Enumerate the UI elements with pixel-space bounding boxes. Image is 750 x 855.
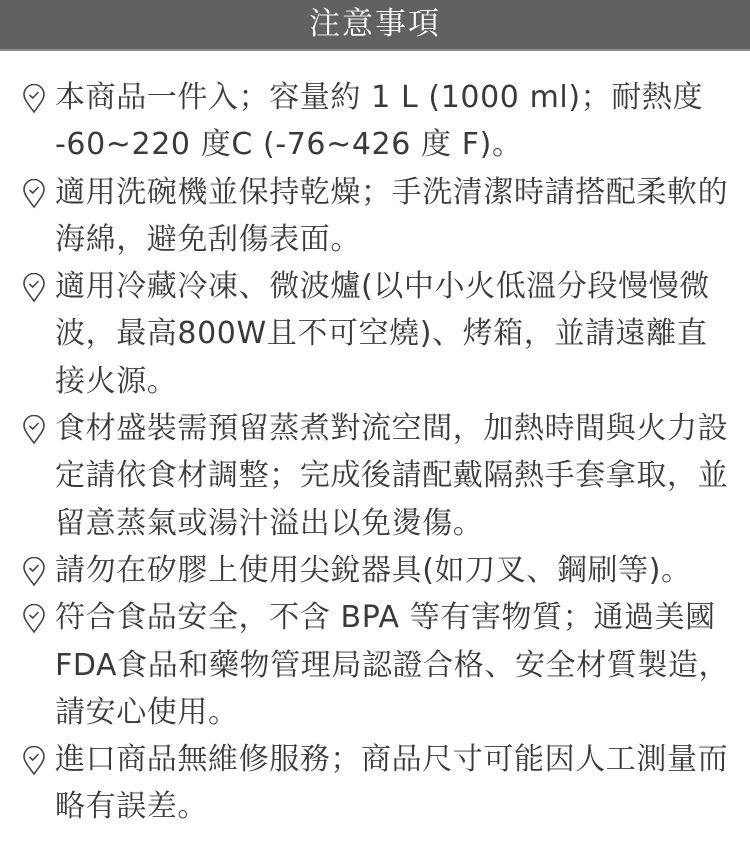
pin-check-icon: [22, 604, 46, 634]
pin-check-icon: [22, 273, 46, 303]
note-text: 適用冷藏冷凍、微波爐(以中小火低溫分段慢慢微波，最高800W且不可空燒)、烤箱，…: [55, 263, 732, 405]
note-text: 進口商品無維修服務；商品尺寸可能因人工測量而略有誤差。: [55, 736, 732, 831]
pin-check-icon: [22, 179, 46, 209]
list-item: 食材盛裝需預留蒸煮對流空間，加熱時間與火力設定請依食材調整；完成後請配戴隔熱手套…: [0, 405, 750, 547]
list-item: 本商品一件入；容量約 1 L (1000 ml)；耐熱度 -60~220 度C …: [0, 74, 750, 169]
pin-check-icon: [22, 746, 46, 776]
header-bar: 注意事項: [0, 0, 750, 51]
list-item: 符合食品安全，不含 BPA 等有害物質；通過美國FDA食品和藥物管理局認證合格、…: [0, 594, 750, 736]
pin-check-icon: [22, 84, 46, 114]
note-text: 食材盛裝需預留蒸煮對流空間，加熱時間與火力設定請依食材調整；完成後請配戴隔熱手套…: [55, 405, 732, 547]
list-item: 請勿在矽膠上使用尖銳器具(如刀叉、鋼刷等)。: [0, 547, 750, 594]
page-title: 注意事項: [309, 0, 441, 49]
note-text: 本商品一件入；容量約 1 L (1000 ml)；耐熱度 -60~220 度C …: [55, 74, 732, 169]
note-text: 符合食品安全，不含 BPA 等有害物質；通過美國FDA食品和藥物管理局認證合格、…: [55, 594, 732, 736]
pin-check-icon: [22, 557, 46, 587]
list-item: 適用冷藏冷凍、微波爐(以中小火低溫分段慢慢微波，最高800W且不可空燒)、烤箱，…: [0, 263, 750, 405]
list-item: 進口商品無維修服務；商品尺寸可能因人工測量而略有誤差。: [0, 736, 750, 831]
list-item: 適用洗碗機並保持乾燥；手洗清潔時請搭配柔軟的海綿，避免刮傷表面。: [0, 169, 750, 264]
note-text: 適用洗碗機並保持乾燥；手洗清潔時請搭配柔軟的海綿，避免刮傷表面。: [55, 169, 732, 264]
note-text: 請勿在矽膠上使用尖銳器具(如刀叉、鋼刷等)。: [55, 547, 732, 594]
notes-list: 本商品一件入；容量約 1 L (1000 ml)；耐熱度 -60~220 度C …: [0, 74, 750, 831]
pin-check-icon: [22, 415, 46, 445]
